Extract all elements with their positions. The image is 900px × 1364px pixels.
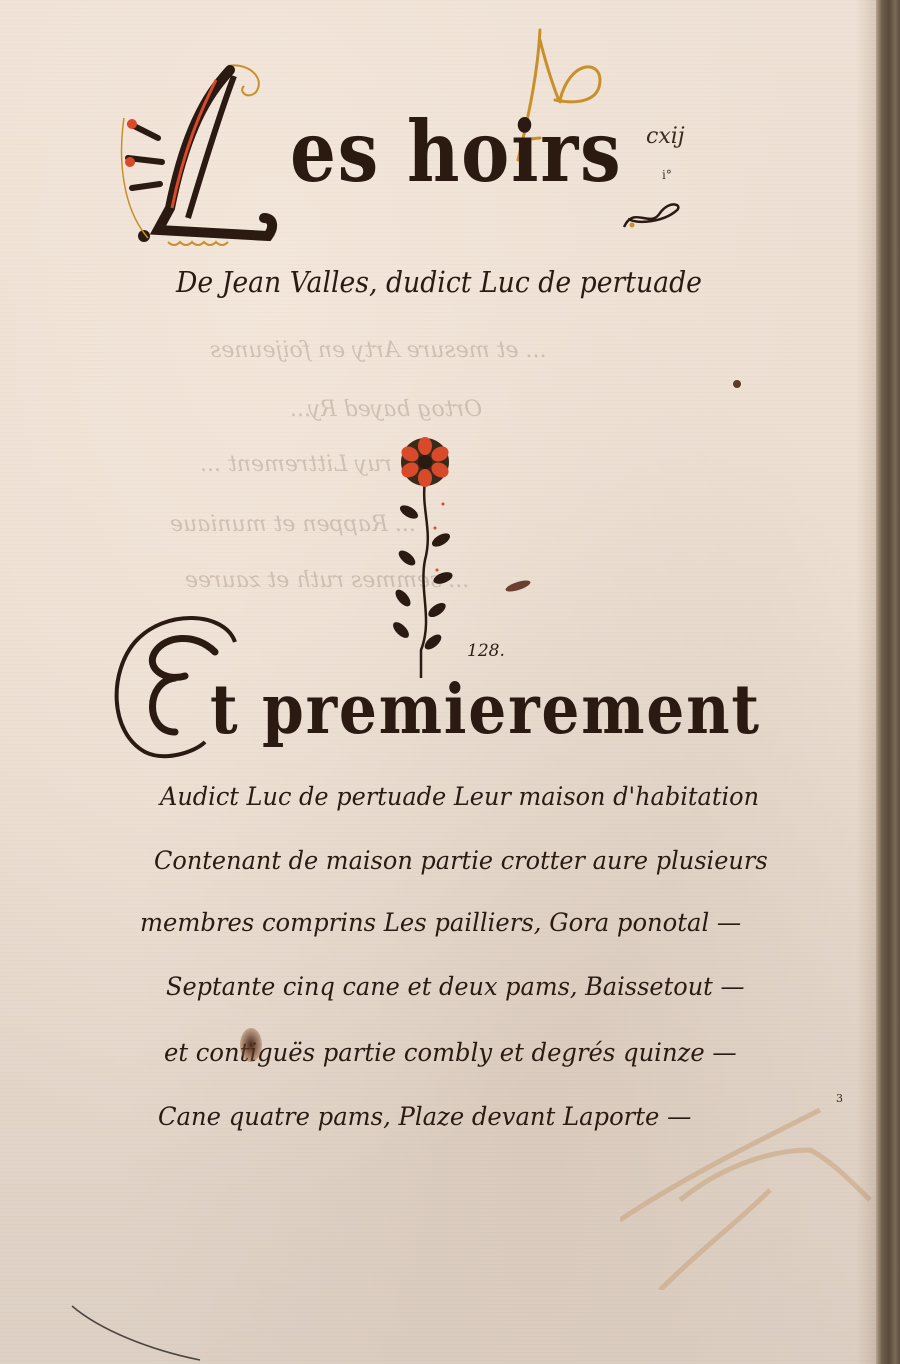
subtitle: De Jean Valles, dudict Luc de pertuade — [176, 268, 702, 297]
flourish-icon — [620, 195, 682, 235]
folio-mark: i° — [662, 168, 672, 182]
body-line: Cane quatre pams, Plaze devant Laporte — — [158, 1104, 691, 1129]
body-line: Audict Luc de pertuade Leur maison d'hab… — [160, 784, 759, 809]
body-line: Septante cinq cane et deux pams, Baisset… — [166, 974, 744, 999]
pencil-stroke — [60, 1300, 260, 1364]
flower-ornament-icon — [385, 430, 465, 680]
book-binding-edge — [876, 0, 900, 1364]
bleed-through-line: Ortog bayed Ry... — [290, 397, 482, 422]
section-heading: t premierement — [210, 676, 761, 744]
body-line: membres comprins Les pailliers, Gora pon… — [140, 910, 741, 935]
water-stain — [620, 1090, 880, 1290]
heading-title: es hoirs — [290, 110, 622, 194]
ink-stain — [240, 1028, 262, 1062]
gutter-shadow — [856, 0, 876, 1364]
manuscript-page: ... et mesure Arty en foijeunes Ortog ba… — [0, 0, 900, 1364]
body-line: Contenant de maison partie crotter aure … — [154, 848, 768, 873]
ink-smudge — [504, 578, 531, 594]
bleed-through-line: ... Rappen et muniaue — [170, 512, 416, 537]
ink-dot — [733, 380, 741, 388]
bleed-through-line: ... et mesure Arty en foijeunes — [210, 338, 546, 363]
page-number: 128. — [467, 641, 505, 661]
illuminated-initial-l-icon — [118, 58, 278, 248]
folio-number: cxij — [646, 124, 685, 149]
margin-mark: 3 — [836, 1092, 843, 1105]
